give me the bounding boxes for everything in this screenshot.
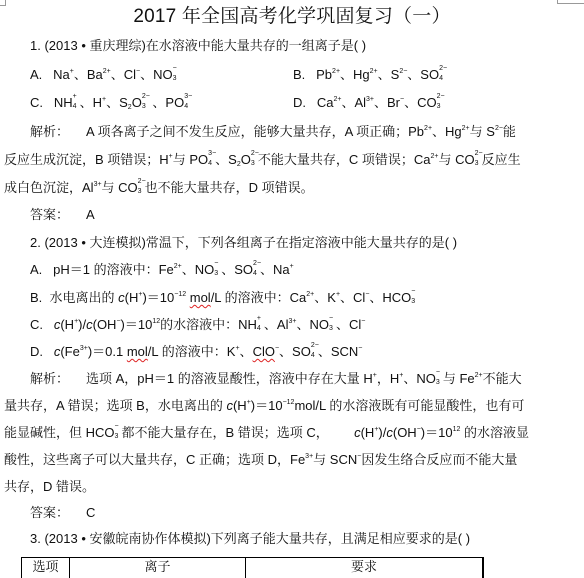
q1-option-b: B. Pb2+、Hg2+、S2−、SO2−4 [293, 66, 446, 84]
q1-option-d-label: D. [293, 95, 306, 110]
q1-answer-label: 答案： [30, 206, 86, 224]
q2-analysis-line-5: 共存，D 错误。 [4, 478, 95, 496]
page-corner-mark-right [557, 0, 584, 4]
q1-option-d-text: Ca2+、Al3+、Br−、CO2−3 [317, 95, 444, 110]
q2-option-c: C. c(H+)/c(OH−)＝1012的水溶液中：NH+4、Al3+、NO−3… [30, 316, 365, 334]
q2-analysis-line-3: 能显碱性，但 HCO−3都不能大量存在，B 错误；选项 C， c(H+)/c(O… [4, 424, 529, 442]
q1-analysis-line-3: 成白色沉淀，Al3+与 CO2−3也不能大量共存，D 项错误。 [4, 179, 314, 197]
q1-option-c: C. NH+4、H+、S2O2−3 、PO3−4 [30, 94, 191, 112]
table-header-requirement: 要求 [246, 558, 484, 578]
q2-analysis-line-4: 酸性，这些离子可以大量共存，C 正确；选项 D，Fe3+与 SCN−因发生络合反… [4, 451, 517, 469]
q1-answer-value: A [86, 207, 95, 222]
q1-option-c-label: C. [30, 95, 43, 110]
q1-option-b-text: Pb2+、Hg2+、S2−、SO2−4 [316, 67, 446, 82]
q2-analysis-line-1: 解析：选项 A，pH＝1 的溶液显酸性，溶液中存在大量 H+，H+、NO−3与 … [30, 370, 522, 388]
q1-option-c-text: NH+4、H+、S2O2−3 、PO3−4 [54, 95, 191, 110]
q1-option-d: D. Ca2+、Al3+、Br−、CO2−3 [293, 94, 444, 112]
q2-analysis-label: 解析： [30, 370, 86, 388]
q1-answer: 答案：A [30, 206, 95, 224]
q2-answer-label: 答案： [30, 504, 86, 522]
q1-option-a: A. Na+、Ba2+、Cl−、NO−3 [30, 66, 180, 84]
document-title: 2017 年全国高考化学巩固复习（一） [0, 6, 584, 28]
table-header-row: 选项 离子 要求 [22, 558, 484, 578]
q2-answer: 答案：C [30, 504, 95, 522]
q2-option-d: D. c(Fe3+)＝0.1 mol/L 的溶液中：K+、ClO−、SO2−4、… [30, 343, 362, 361]
q3-stem: 3. (2013 • 安徽皖南协作体模拟)下列离子能大量共存，且满足相应要求的是… [30, 530, 470, 548]
q1-analysis-line-2: 反应生成沉淀，B 项错误；H+与 PO3−4、S2O2−3不能大量共存，C 项错… [4, 151, 521, 169]
q2-answer-value: C [86, 505, 95, 520]
table-header-ions: 离子 [70, 558, 246, 578]
q2-option-a: A. pH＝1 的溶液中：Fe2+、NO−3、SO2−4、Na+ [30, 261, 294, 279]
q1-analysis-line-1: 解析：A 项各离子之间不发生反应，能够大量共存，A 项正确；Pb2+、Hg2+与… [30, 123, 516, 141]
q1-option-a-label: A. [30, 67, 42, 82]
q1-stem: 1. (2013 • 重庆理综)在水溶液中能大量共存的一组离子是( ) [30, 37, 366, 55]
q1-analysis-label: 解析： [30, 123, 86, 141]
q1-option-a-text: Na+、Ba2+、Cl−、NO−3 [53, 67, 180, 82]
q2-option-b: B. 水电离出的 c(H+)＝10−12 mol/L 的溶液中：Ca2+、K+、… [30, 289, 418, 307]
q2-analysis-line-2: 量共存，A 错误；选项 B，水电离出的 c(H+)＝10−12mol/L 的水溶… [4, 397, 524, 415]
q1-option-b-label: B. [293, 67, 305, 82]
q2-stem: 2. (2013 • 大连模拟)常温下，下列各组离子在指定溶液中能大量共存的是(… [30, 234, 457, 252]
q3-options-table: 选项 离子 要求 [21, 557, 484, 578]
table-header-option: 选项 [22, 558, 70, 578]
